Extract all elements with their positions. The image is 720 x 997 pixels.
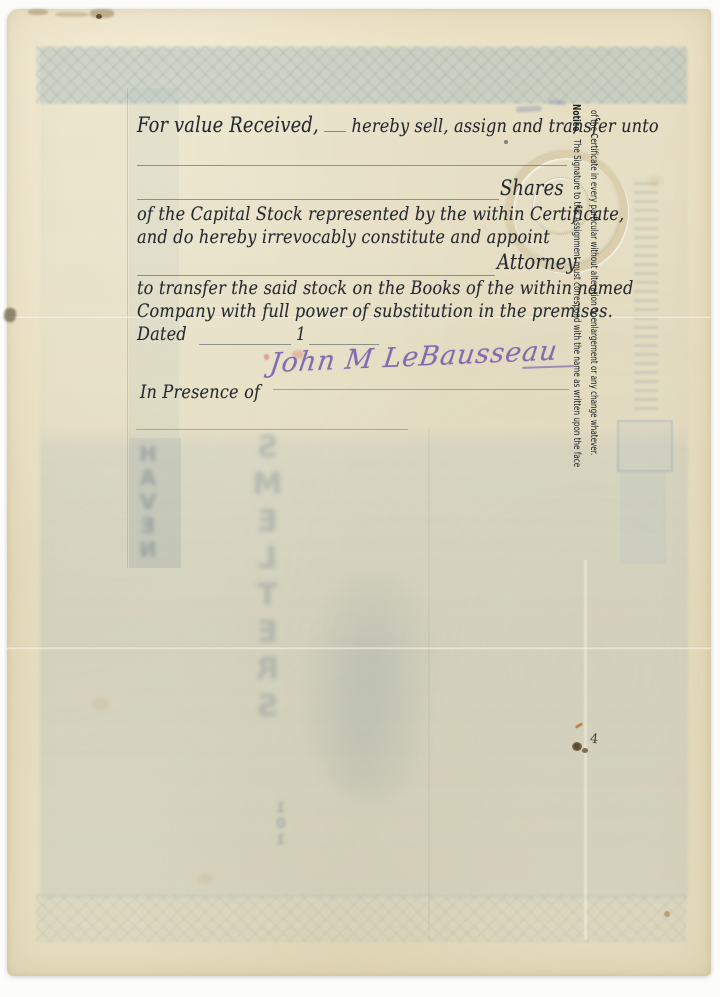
- red-ink-smudge: [292, 350, 304, 359]
- notice-heading: Notice.: [570, 104, 582, 134]
- dated-blank-rule: [199, 344, 291, 345]
- bleedthrough-bottom-border-lattice: [36, 894, 686, 942]
- bleedthrough-center-mirrored-letters: SMELTERS: [250, 430, 298, 715]
- red-ink-tick: [264, 354, 269, 360]
- assignee-name-blank-rule: [137, 165, 567, 166]
- capital-stock-line: of the Capital Stock represented by the …: [137, 203, 624, 225]
- foxing-spot: [198, 874, 214, 884]
- bleedthrough-right-band: [620, 472, 666, 564]
- assignment-line-1-rest: hereby sell, assign and transfer unto: [352, 115, 659, 137]
- bleedthrough-right-text-dashes: [634, 182, 658, 414]
- year-prefix: 1: [296, 324, 306, 345]
- rust-spot: [664, 911, 670, 917]
- brown-ink-blot: [572, 742, 582, 751]
- notice-line-1-text: The Signature to this Assignment must co…: [571, 139, 582, 467]
- in-presence-of-label: In Presence of: [140, 381, 260, 403]
- transfer-line: to transfer the said stock on the Books …: [137, 277, 634, 299]
- inline-blank: [324, 112, 346, 132]
- appoint-line: and do hereby irrevocably constitute and…: [137, 226, 550, 248]
- foxing-spot: [648, 176, 662, 186]
- scanned-certificate-back: HAVEN SMELTERS 101 For value Received, h…: [0, 0, 720, 997]
- attorney-label: Attorney: [497, 250, 577, 274]
- bleedthrough-left-panel-edge: [127, 88, 128, 568]
- vertical-tonal-crease: [428, 428, 430, 940]
- witness-blank-rule: [136, 429, 408, 430]
- ink-dot: [504, 140, 508, 144]
- shares-blank-rule: [137, 199, 499, 200]
- substitution-line: Company with full power of substitution …: [137, 300, 613, 322]
- top-edge-stain: [90, 9, 114, 18]
- bleedthrough-mirrored-number: 101: [273, 800, 301, 852]
- bleedthrough-right-box: [617, 420, 673, 472]
- bleedthrough-left-mirrored-letters: HAVEN: [136, 442, 176, 566]
- notice-vertical-line-2: of the Certificate in every particular w…: [583, 110, 599, 528]
- top-edge-nick: [96, 14, 102, 19]
- attorney-blank-rule: [137, 275, 495, 276]
- signature-rule: [273, 389, 569, 390]
- top-edge-stain: [55, 12, 89, 17]
- for-value-received-lead: For value Received,: [137, 113, 319, 137]
- numeral-shaped-ink-mark: 4: [589, 732, 599, 748]
- foxing-spot: [92, 698, 110, 710]
- notice-vertical-line-1: Notice. The Signature to this Assignment…: [566, 104, 582, 522]
- dated-label: Dated: [137, 323, 187, 345]
- horizontal-fold-crease-lower: [7, 646, 711, 650]
- shares-label: Shares: [500, 176, 564, 200]
- brown-ink-blot: [582, 748, 588, 753]
- top-edge-stain: [28, 9, 48, 15]
- bleedthrough-vignette-blob: [303, 573, 441, 801]
